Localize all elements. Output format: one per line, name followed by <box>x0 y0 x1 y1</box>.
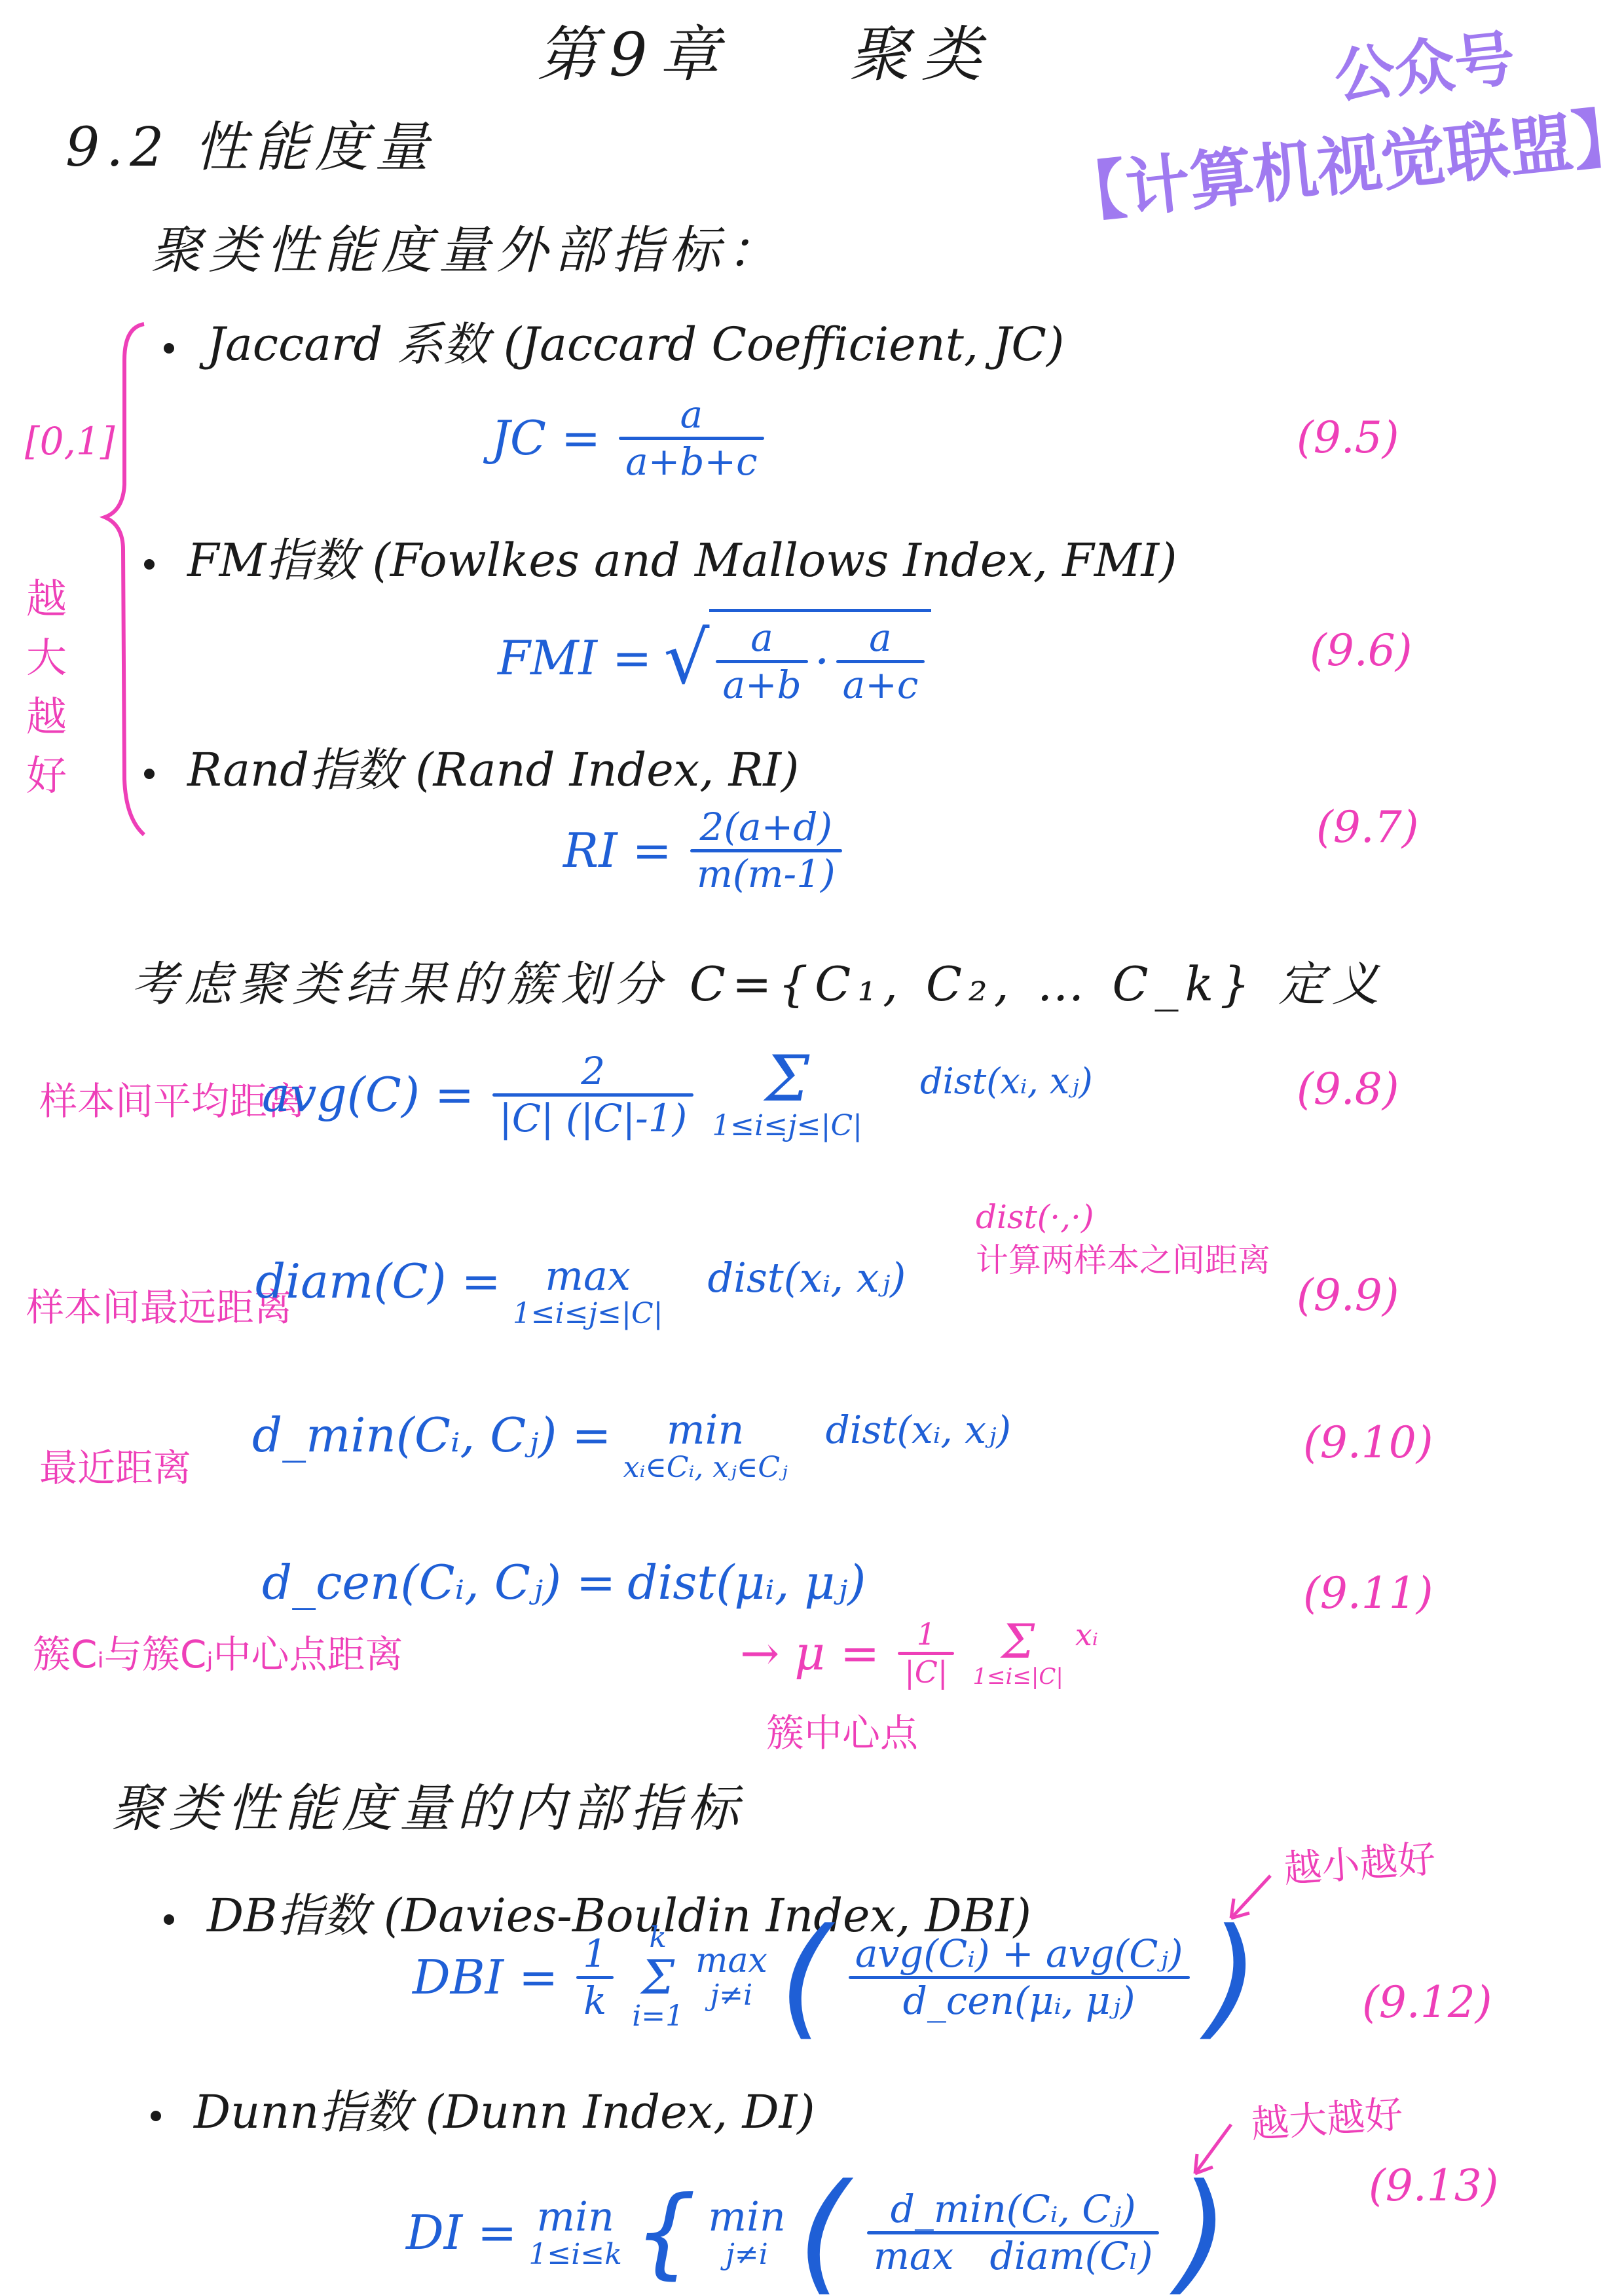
range-note: [0,1] <box>25 419 115 464</box>
diam-label: 样本间最远距离 <box>26 1277 292 1332</box>
bullet-icon <box>144 769 155 779</box>
dmin-formula: d_min(Cᵢ, Cⱼ) = minxᵢ∈Cᵢ, xⱼ∈Cⱼ dist(xᵢ,… <box>252 1408 1011 1484</box>
watermark: 公众号 【计算机视觉联盟】 <box>1048 0 1624 237</box>
fmi-formula: FMI = √ aa+b · aa+c <box>498 609 931 706</box>
dist-annotation: dist(·,·) <box>976 1198 1094 1236</box>
eq-number-9-8: (9.8) <box>1297 1064 1399 1114</box>
dunn-title: Dunn指数 (Dunn Index, DI) <box>151 2075 815 2141</box>
dist-annotation-desc: 计算两样本之间距离 <box>976 1234 1270 1281</box>
eq-number-9-12: (9.12) <box>1362 1977 1492 2028</box>
chapter-label: 第9章 <box>537 20 731 90</box>
center-formula: → μ = 1|C| Σ1≤i≤|C| xᵢ <box>740 1617 1098 1690</box>
eq-number-9-9: (9.9) <box>1297 1270 1399 1321</box>
dmin-label: 最近距离 <box>39 1437 191 1492</box>
chapter-title: 第9章聚类 <box>537 7 993 93</box>
fmi-title: FM指数 (Fowlkes and Mallows Index, FMI) <box>144 524 1177 590</box>
ri-formula: RI = 2(a+d)m(m-1) <box>563 805 849 896</box>
rand-title: Rand指数 (Rand Index, RI) <box>144 733 799 799</box>
diam-formula: diam(C) = max1≤i≤j≤|C| dist(xᵢ, xⱼ) <box>255 1254 906 1330</box>
bullet-icon <box>144 559 155 570</box>
brace-icon <box>98 321 151 838</box>
avg-formula: avg(C) = 2|C| (|C|-1) Σ1≤i≤j≤|C| dist(xᵢ… <box>262 1048 1093 1142</box>
dunn-formula: DI = min1≤i≤k { minj≠i ( d_min(Cᵢ, Cⱼ) m… <box>406 2167 1229 2296</box>
eq-number-9-10: (9.10) <box>1303 1417 1433 1468</box>
center-label: 簇中心点 <box>766 1702 918 1757</box>
bullet-icon <box>164 343 174 354</box>
better-note: 越大越好 <box>26 570 72 805</box>
dbi-note: 越小越好 <box>1282 1828 1437 1893</box>
eq-number-9-13: (9.13) <box>1369 2160 1498 2211</box>
dunn-note: 越大越好 <box>1249 2083 1404 2149</box>
eq-number-9-5: (9.5) <box>1297 412 1399 463</box>
jc-formula: JC = aa+b+c <box>491 393 771 483</box>
internal-metrics-heading: 聚类性能度量的内部指标 <box>111 1768 745 1841</box>
section-title: 9.2 性能度量 <box>65 105 435 181</box>
eq-number-9-11: (9.11) <box>1303 1568 1433 1618</box>
bullet-icon <box>151 2111 161 2121</box>
chapter-topic: 聚类 <box>849 20 993 90</box>
dcen-label: 簇Cᵢ与簇Cⱼ中心点距离 <box>33 1624 403 1679</box>
eq-number-9-7: (9.7) <box>1316 802 1418 852</box>
cluster-defs-intro: 考虑聚类结果的簇划分 C={C₁, C₂, … C_k} 定义 <box>131 946 1386 1014</box>
dbi-formula: DBI = 1k kΣi=1 maxj≠i ( avg(Cᵢ) + avg(Cⱼ… <box>413 1912 1259 2043</box>
eq-number-9-6: (9.6) <box>1310 625 1412 676</box>
jaccard-title: Jaccard 系数 (Jaccard Coefficient, JC) <box>164 308 1064 374</box>
dcen-formula: d_cen(Cᵢ, Cⱼ) = dist(μᵢ, μⱼ) <box>262 1555 866 1610</box>
external-metrics-heading: 聚类性能度量外部指标： <box>151 210 784 283</box>
bullet-icon <box>164 1914 174 1925</box>
